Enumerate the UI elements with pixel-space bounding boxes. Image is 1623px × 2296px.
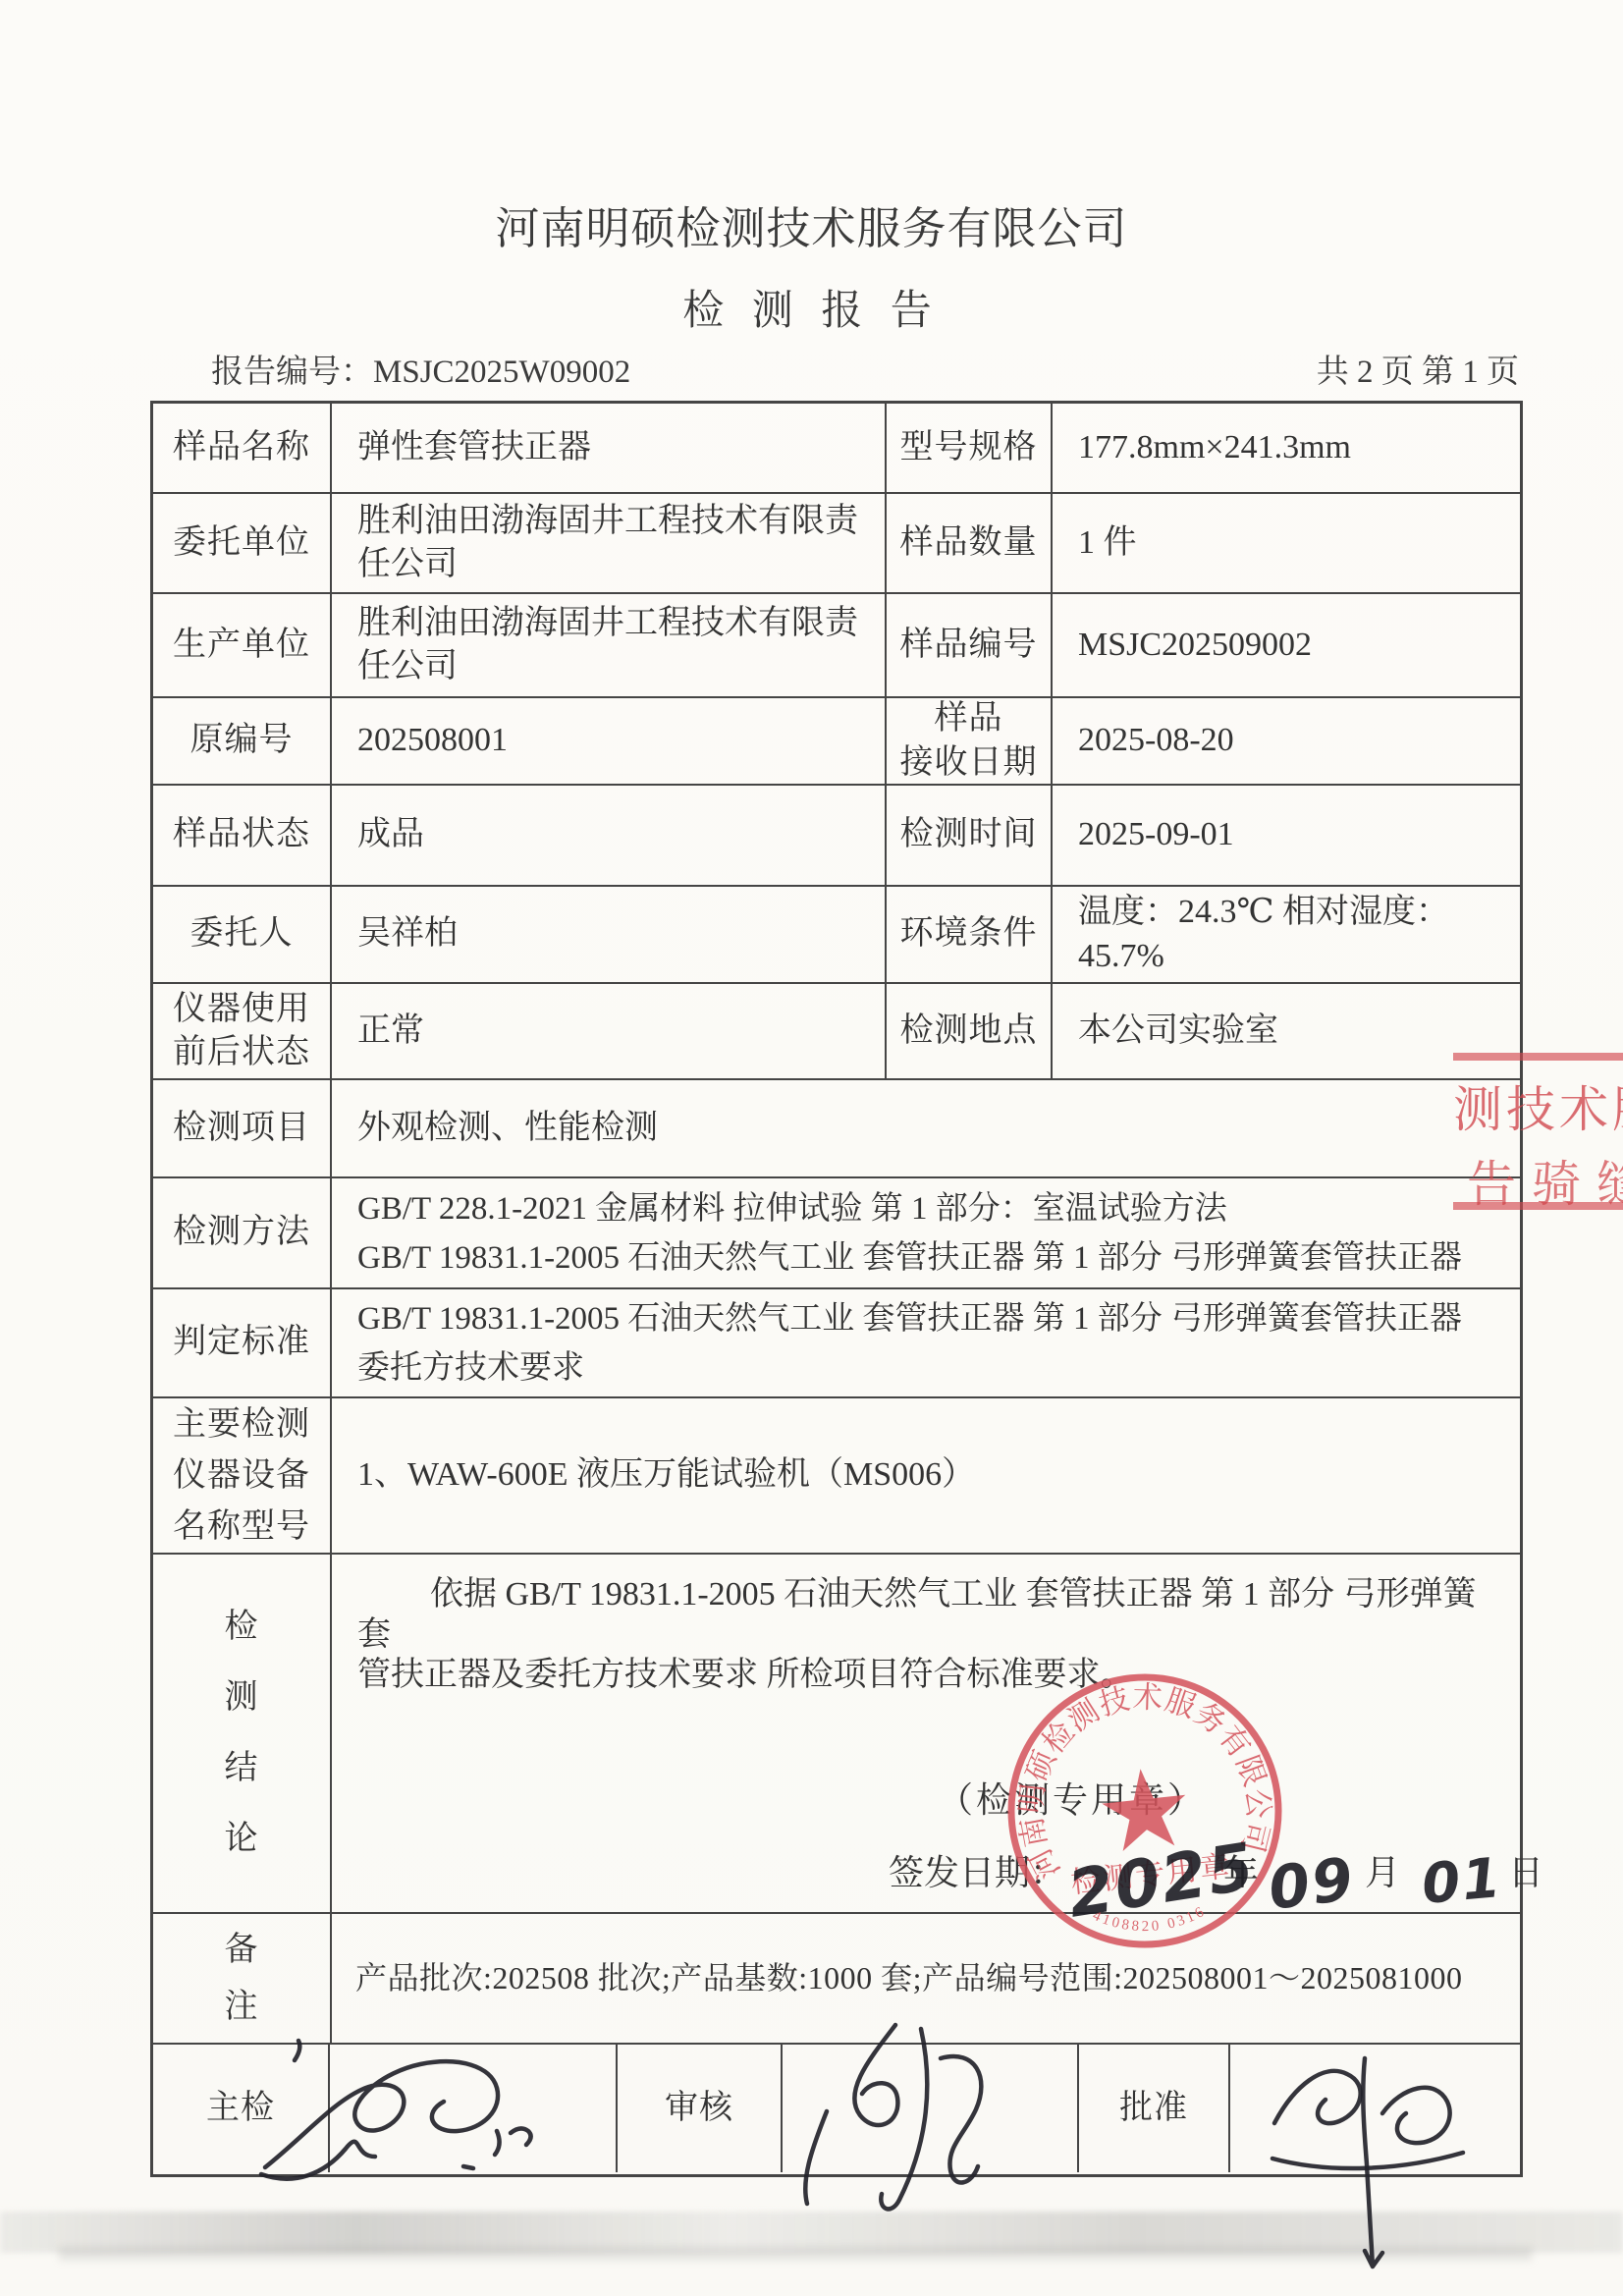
page-indicator: 共 2 页 第 1 页 — [1317, 346, 1519, 392]
sample-name-label: 样品名称 — [153, 404, 332, 494]
test-method-label: 检测方法 — [153, 1178, 332, 1289]
producer-unit-value: 胜利油田渤海固井工程技术有限责任公司 — [332, 594, 887, 698]
env-condition-value: 温度：24.3℃ 相对湿度：45.7% — [1053, 887, 1520, 984]
report-table: 样品名称 弹性套管扶正器 型号规格 177.8mm×241.3mm 委托单位 胜… — [150, 401, 1523, 2045]
client-unit-value: 胜利油田渤海固井工程技术有限责任公司 — [332, 494, 887, 594]
inspector-label: 主检 — [153, 2045, 330, 2172]
sign-date-label: 签发日期： — [889, 1853, 1065, 1892]
test-method-line1: GB/T 228.1-2021 金属材料 拉伸试验 第 1 部分：室温试验方法 — [357, 1184, 1227, 1233]
sample-no-value: MSJC202509002 — [1053, 594, 1520, 698]
conclusion-line1: 依据 GB/T 19831.1-2005 石油天然气工业 套管扶正器 第 1 部… — [357, 1574, 1504, 1655]
year-char: 年 — [1223, 1853, 1259, 1892]
day-char: 日 — [1508, 1853, 1543, 1892]
conclusion-line2: 管扶正器及委托方技术要求 所检项目符合标准要求。 — [357, 1655, 1504, 1695]
sample-qty-value: 1 件 — [1053, 494, 1520, 594]
company-title: 河南明硕检测技术服务有限公司 — [0, 192, 1623, 256]
criteria-value: GB/T 19831.1-2005 石油天然气工业 套管扶正器 第 1 部分 弓… — [332, 1289, 1520, 1398]
test-items-label: 检测项目 — [153, 1080, 332, 1178]
test-location-value: 本公司实验室 — [1053, 984, 1520, 1080]
reviewer-label: 审核 — [618, 2045, 783, 2172]
client-person-label: 委托人 — [153, 887, 332, 984]
seal-note: （检测专用章） — [938, 1777, 1206, 1824]
approver-signature-cell — [1230, 2045, 1520, 2172]
producer-unit-label: 生产单位 — [153, 594, 332, 698]
instrument-status-label: 仪器使用 前后状态 — [153, 984, 332, 1080]
conclusion-label: 检 测 结 论 — [153, 1555, 332, 1914]
env-condition-label: 环境条件 — [887, 887, 1053, 984]
report-page: 河南明硕检测技术服务有限公司 检 测 报 告 报告编号：MSJC2025W090… — [0, 0, 1623, 2296]
instrument-status-value: 正常 — [332, 984, 887, 1080]
remark-value: 产品批次:202508 批次;产品基数:1000 套;产品编号范围:202508… — [332, 1914, 1520, 2045]
reviewer-signature-cell — [783, 2045, 1079, 2172]
scan-smudge-2 — [59, 2247, 1532, 2261]
receive-date-value: 2025-08-20 — [1053, 698, 1520, 786]
receive-date-label: 样品 接收日期 — [887, 698, 1053, 786]
original-no-label: 原编号 — [153, 698, 332, 786]
conclusion-cell: 依据 GB/T 19831.1-2005 石油天然气工业 套管扶正器 第 1 部… — [332, 1555, 1520, 1914]
client-unit-label: 委托单位 — [153, 494, 332, 594]
conclusion-text: 依据 GB/T 19831.1-2005 石油天然气工业 套管扶正器 第 1 部… — [332, 1555, 1520, 1695]
remark-label: 备 注 — [153, 1914, 332, 2045]
sample-status-value: 成品 — [332, 786, 887, 887]
report-title: 检 测 报 告 — [0, 278, 1623, 337]
signoff-row: 主检 审核 批准 — [150, 2045, 1523, 2177]
criteria-line2: 委托方技术要求 — [357, 1343, 584, 1393]
client-person-value: 吴祥柏 — [332, 887, 887, 984]
equipment-value: 1、WAW-600E 液压万能试验机（MS006） — [332, 1398, 1520, 1555]
model-spec-label: 型号规格 — [887, 404, 1053, 494]
criteria-label: 判定标准 — [153, 1289, 332, 1398]
report-number: 报告编号：MSJC2025W09002 — [211, 346, 630, 392]
sign-date-line: 签发日期：年月日 — [889, 1850, 1543, 1896]
test-time-label: 检测时间 — [887, 786, 1053, 887]
report-number-value: MSJC2025W09002 — [373, 355, 630, 390]
sample-status-label: 样品状态 — [153, 786, 332, 887]
meta-line: 报告编号：MSJC2025W09002 共 2 页 第 1 页 — [211, 346, 1519, 392]
sample-name-value: 弹性套管扶正器 — [332, 404, 887, 494]
equipment-label: 主要检测 仪器设备 名称型号 — [153, 1398, 332, 1555]
test-method-value: GB/T 228.1-2021 金属材料 拉伸试验 第 1 部分：室温试验方法 … — [332, 1178, 1520, 1289]
model-spec-value: 177.8mm×241.3mm — [1053, 404, 1520, 494]
criteria-line1: GB/T 19831.1-2005 石油天然气工业 套管扶正器 第 1 部分 弓… — [357, 1294, 1462, 1343]
report-number-label: 报告编号： — [211, 355, 373, 390]
sample-no-label: 样品编号 — [887, 594, 1053, 698]
inspector-signature-cell — [330, 2045, 618, 2172]
original-no-value: 202508001 — [332, 698, 887, 786]
sample-qty-label: 样品数量 — [887, 494, 1053, 594]
test-method-line2: GB/T 19831.1-2005 石油天然气工业 套管扶正器 第 1 部分 弓… — [357, 1233, 1462, 1283]
test-time-value: 2025-09-01 — [1053, 786, 1520, 887]
month-char: 月 — [1365, 1853, 1400, 1892]
test-location-label: 检测地点 — [887, 984, 1053, 1080]
approver-label: 批准 — [1079, 2045, 1230, 2172]
test-items-value: 外观检测、性能检测 — [332, 1080, 1520, 1178]
